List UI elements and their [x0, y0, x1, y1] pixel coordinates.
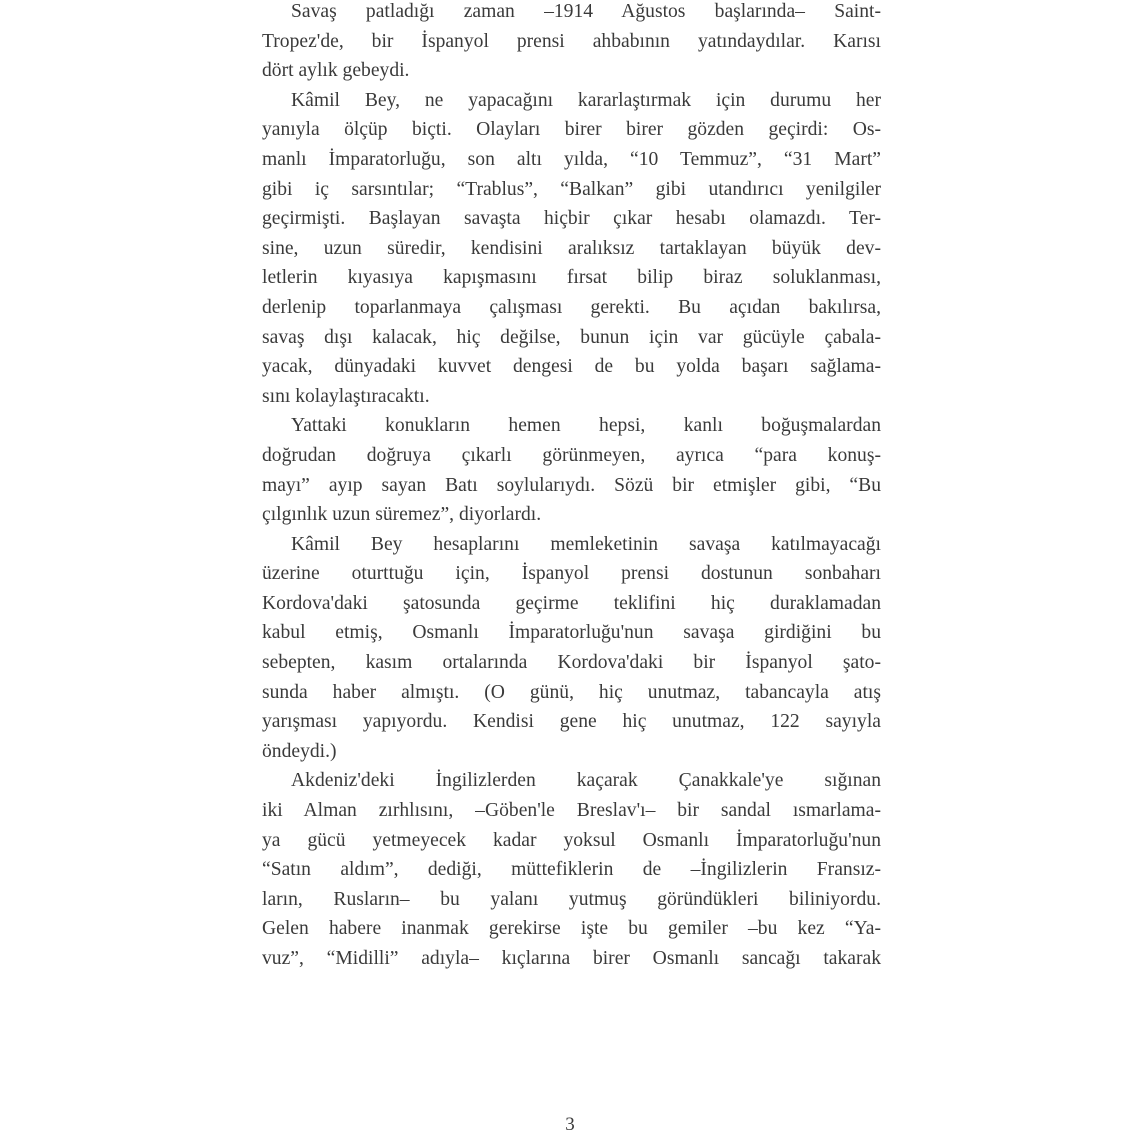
text-line: üzerine oturttuğu için, İspanyol prensi …: [262, 559, 881, 589]
paragraph: Akdeniz'deki İngilizlerden kaçarak Çanak…: [262, 766, 881, 973]
text-line: manlı İmparatorluğu, son altı yılda, “10…: [262, 145, 881, 175]
text-line: savaş dışı kalacak, hiç değilse, bunun i…: [262, 323, 881, 353]
text-line: ya gücü yetmeyecek kadar yoksul Osmanlı …: [262, 826, 881, 856]
text-line: dört aylık gebeydi.: [262, 56, 881, 86]
text-line: vuz”, “Midilli” adıyla– kıçlarına birer …: [262, 944, 881, 974]
text-line: yarışması yapıyordu. Kendisi gene hiç un…: [262, 707, 881, 737]
text-line: Yattaki konukların hemen hepsi, kanlı bo…: [262, 411, 881, 441]
text-line: sunda haber almıştı. (O günü, hiç unutma…: [262, 678, 881, 708]
text-line: derlenip toparlanmaya çalışması gerekti.…: [262, 293, 881, 323]
text-line: Kâmil Bey hesaplarını memleketinin savaş…: [262, 530, 881, 560]
text-line: Kordova'daki şatosunda geçirme teklifini…: [262, 589, 881, 619]
text-line: Akdeniz'deki İngilizlerden kaçarak Çanak…: [262, 766, 881, 796]
text-line: iki Alman zırhlısını, –Göben'le Breslav'…: [262, 796, 881, 826]
text-line: ların, Rusların– bu yalanı yutmuş göründ…: [262, 885, 881, 915]
paragraph: Kâmil Bey, ne yapacağını kararlaştırmak …: [262, 86, 881, 412]
text-line: sine, uzun süredir, kendisini aralıksız …: [262, 234, 881, 264]
text-line: mayı” ayıp sayan Batı soylularıydı. Sözü…: [262, 471, 881, 501]
text-line: Savaş patladığı zaman –1914 Ağustos başl…: [262, 0, 881, 27]
text-line: yanıyla ölçüp biçti. Olayları birer bire…: [262, 115, 881, 145]
text-line: Kâmil Bey, ne yapacağını kararlaştırmak …: [262, 86, 881, 116]
paragraph: Kâmil Bey hesaplarını memleketinin savaş…: [262, 530, 881, 767]
text-line: gibi iç sarsıntılar; “Trablus”, “Balkan”…: [262, 175, 881, 205]
paragraph: Yattaki konukların hemen hepsi, kanlı bo…: [262, 411, 881, 529]
text-line: Gelen habere inanmak gerekirse işte bu g…: [262, 914, 881, 944]
page-number: 3: [0, 1114, 1140, 1136]
book-page-text: Savaş patladığı zaman –1914 Ağustos başl…: [262, 0, 881, 974]
text-line: yacak, dünyadaki kuvvet dengesi de bu yo…: [262, 352, 881, 382]
text-line: kabul etmiş, Osmanlı İmparatorluğu'nun s…: [262, 618, 881, 648]
text-line: çılgınlık uzun süremez”, diyorlardı.: [262, 500, 881, 530]
text-line: Tropez'de, bir İspanyol prensi ahbabının…: [262, 27, 881, 57]
text-line: “Satın aldım”, dediği, müttefiklerin de …: [262, 855, 881, 885]
text-line: öndeydi.): [262, 737, 881, 767]
text-line: sebepten, kasım ortalarında Kordova'daki…: [262, 648, 881, 678]
text-line: geçirmişti. Başlayan savaşta hiçbir çıka…: [262, 204, 881, 234]
text-line: sını kolaylaştıracaktı.: [262, 382, 881, 412]
paragraph: Savaş patladığı zaman –1914 Ağustos başl…: [262, 0, 881, 86]
text-line: letlerin kıyasıya kapışmasını fırsat bil…: [262, 263, 881, 293]
text-line: doğrudan doğruya çıkarlı görünmeyen, ayr…: [262, 441, 881, 471]
